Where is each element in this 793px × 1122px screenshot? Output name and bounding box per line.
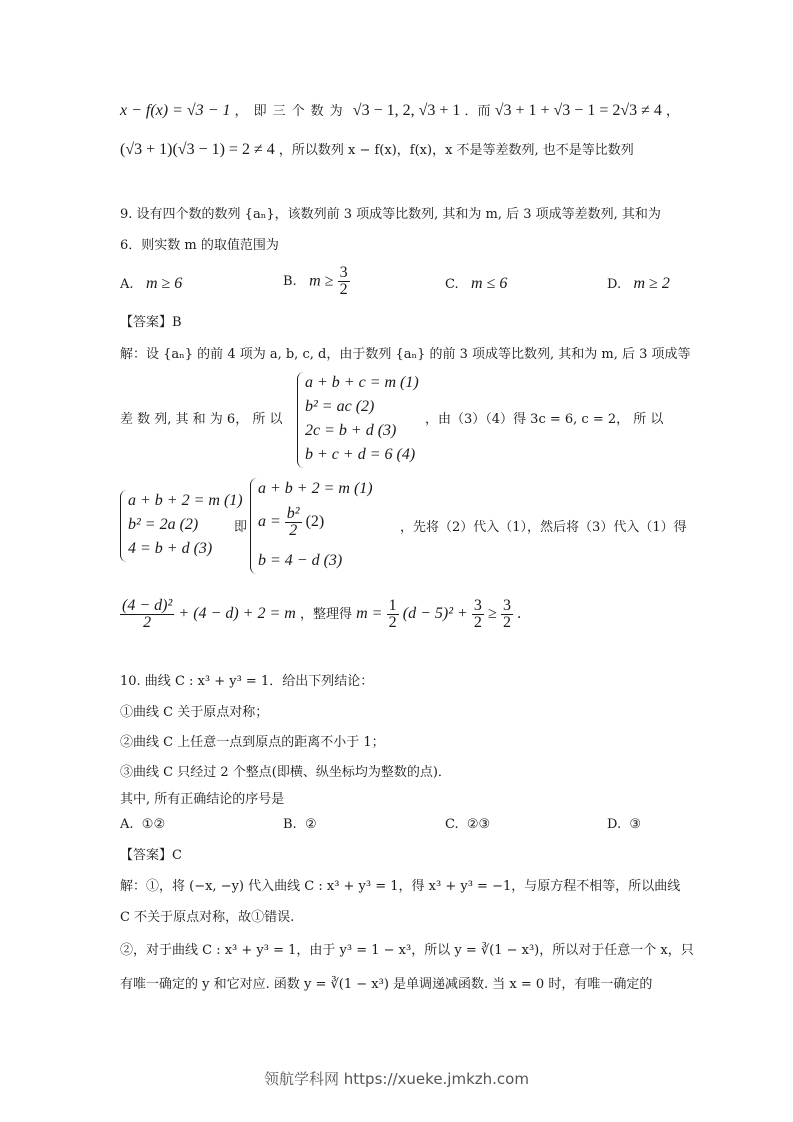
continuation-line-1: x − f(x) = √3 − 1 ，即三个数为 √3 − 1, 2, √3 +… — [120, 101, 679, 122]
option-label: B. — [283, 817, 297, 832]
option-label: A. — [120, 817, 134, 832]
q9-option-c: C. m ≤ 6 — [445, 275, 507, 293]
option-value: m ≥ 6 — [146, 275, 182, 292]
numerator: b² — [285, 506, 302, 523]
denominator: 2 — [338, 282, 350, 298]
option-label: C. — [445, 817, 459, 832]
denominator: 2 — [501, 615, 513, 631]
footer-watermark: 领航学科网 https://xueke.jmkzh.com — [0, 1068, 793, 1089]
q10-item-2: ②曲线 C 上任意一点到原点的距离不小于 1； — [120, 733, 385, 753]
q10-item-1: ①曲线 C 关于原点对称； — [120, 703, 268, 723]
q10-answer: 【答案】C — [120, 846, 182, 866]
numerator: 3 — [472, 598, 484, 615]
q10-solution-line-1: 解：①，将 (−x, −y) 代入曲线 C : x³ + y³ = 1，得 x³… — [120, 877, 680, 897]
q10-stem: 10. 曲线 C : x³ + y³ = 1．给出下列结论： — [120, 672, 373, 692]
q9-option-b: B. m ≥ 32 — [283, 265, 350, 298]
q9-answer: 【答案】B — [120, 313, 182, 333]
numerator: 3 — [338, 265, 350, 282]
equation: b² = 2a (2) — [128, 516, 198, 534]
q10-option-b: B. ② — [283, 817, 317, 832]
brace — [297, 372, 304, 468]
equation: 2c = b + d (3) — [305, 422, 396, 440]
equation: 4 = b + d (3) — [128, 540, 212, 558]
math-expression: (d − 5)² + — [403, 605, 468, 622]
period: . — [517, 605, 521, 622]
option-value: ③ — [629, 817, 641, 832]
q10-solution-line-2: C 不关于原点对称，故①错误. — [120, 908, 294, 928]
q9-final-line: (4 − d)²2 + (4 − d) + 2 = m ，整理得 m = 12 … — [120, 594, 521, 635]
denominator: 2 — [120, 615, 174, 631]
numerator: 1 — [387, 598, 399, 615]
denominator: 2 — [387, 615, 399, 631]
math-expression: ≥ — [488, 605, 497, 622]
option-label: B. — [283, 274, 297, 289]
text: ，即三个数为 — [235, 104, 349, 119]
q10-solution-line-3: ②，对于曲线 C : x³ + y³ = 1，由于 y³ = 1 − x³，所以… — [120, 941, 694, 961]
fraction: b²2 — [285, 506, 302, 539]
math-expression: + (4 − d) + 2 = m — [178, 605, 295, 622]
option-value: m ≤ 6 — [471, 275, 507, 292]
equation-system-2: a + b + 2 = m (1) b² = 2a (2) 4 = b + d … — [120, 490, 240, 562]
q9-stem-line-1: 9. 设有四个数的数列 {aₙ}，该数列前 3 项成等比数列, 其和为 m, 后… — [120, 205, 661, 225]
math-expression: m = — [356, 605, 382, 622]
fraction: 32 — [501, 598, 513, 631]
lhs: a = — [258, 513, 281, 530]
q9-sys1-suffix: ，由（3）（4）得 3c = 6, c = 2， 所 以 — [425, 410, 663, 430]
option-label: A. — [120, 277, 134, 292]
option-label: D. — [607, 277, 621, 292]
q10-solution-line-4: 有唯一确定的 y 和它对应. 函数 y = ∛(1 − x³) 是单调递减函数.… — [120, 975, 652, 995]
equation: a = b²2 (2) — [258, 506, 324, 539]
fraction: 32 — [472, 598, 484, 631]
numerator: 3 — [501, 598, 513, 615]
q9-option-d: D. m ≥ 2 — [607, 275, 670, 293]
option-value: ② — [305, 817, 317, 832]
q9-option-a: A. m ≥ 6 — [120, 275, 182, 293]
math-expression: x − f(x) = √3 − 1 — [120, 102, 230, 119]
q9-stem-line-2: 6．则实数 m 的取值范围为 — [120, 236, 279, 256]
q10-option-d: D. ③ — [607, 817, 641, 832]
fraction: (4 − d)²2 — [120, 598, 174, 631]
text: ．而 — [465, 104, 491, 119]
q10-option-c: C. ②③ — [445, 817, 490, 832]
label: (2) — [306, 513, 325, 530]
text: ，整理得 — [300, 607, 352, 622]
equation-system-3: a + b + 2 = m (1) a = b²2 (2) b = 4 − d … — [250, 478, 370, 574]
equation: b + c + d = 6 (4) — [305, 446, 415, 464]
q10-question: 其中, 所有正确结论的序号是 — [120, 790, 284, 810]
q9-sys1-prefix: 差 数 列, 其 和 为 6， 所 以 — [120, 410, 282, 430]
brace — [120, 490, 127, 562]
math-expression: √3 + 1 + √3 − 1 = 2√3 ≠ 4 — [495, 102, 662, 119]
equation: b² = ac (2) — [305, 398, 374, 416]
denominator: 2 — [472, 615, 484, 631]
q10-item-3: ③曲线 C 只经过 2 个整点(即横、纵坐标均为整数的点)． — [120, 763, 451, 783]
numerator: (4 − d)² — [120, 598, 174, 615]
option-label: C. — [445, 277, 459, 292]
option-value: ②③ — [467, 817, 490, 832]
math-expression: √3 − 1, 2, √3 + 1 — [353, 102, 461, 119]
q9-sys3-suffix: ，先将（2）代入（1），然后将（3）代入（1）得 — [400, 518, 687, 538]
equation: a + b + 2 = m (1) — [258, 480, 373, 498]
q10-option-a: A. ①② — [120, 817, 165, 832]
option-value: ①② — [142, 817, 165, 832]
fraction: 12 — [387, 598, 399, 631]
continuation-line-2: (√3 + 1)(√3 − 1) = 2 ≠ 4 ，所以数列 x − f(x)，… — [120, 140, 634, 161]
denominator: 2 — [285, 523, 302, 539]
option-value: m ≥ — [309, 273, 333, 290]
option-label: D. — [607, 817, 621, 832]
equation: a + b + c = m (1) — [305, 374, 419, 392]
math-expression: (√3 + 1)(√3 − 1) = 2 ≠ 4 — [120, 141, 275, 158]
equation: b = 4 − d (3) — [258, 552, 342, 570]
q9-solution-line-1: 解：设 {aₙ} 的前 4 项为 a, b, c, d，由于数列 {aₙ} 的前… — [120, 345, 691, 365]
equation: a + b + 2 = m (1) — [128, 492, 243, 510]
equation-system-1: a + b + c = m (1) b² = ac (2) 2c = b + d… — [297, 372, 417, 468]
option-value: m ≥ 2 — [634, 275, 670, 292]
ji-text: 即 — [234, 518, 247, 538]
brace — [250, 478, 257, 574]
text: ，所以数列 x − f(x)，f(x)，x 不是等差数列, 也不是等比数列 — [279, 143, 634, 158]
fraction: 32 — [338, 265, 350, 298]
text: ， — [666, 104, 679, 119]
